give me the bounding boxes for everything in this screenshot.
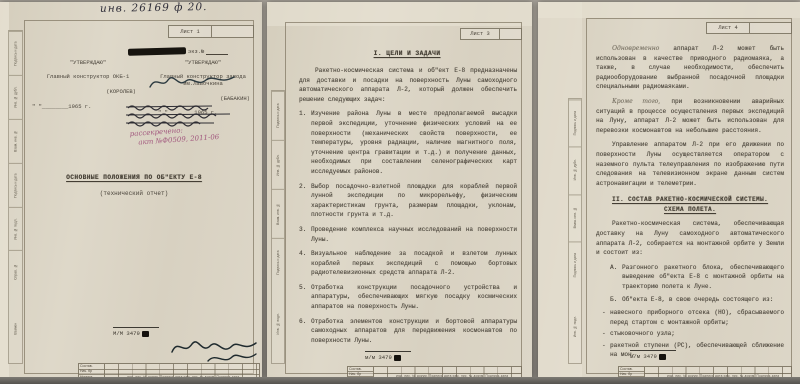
margin-label: Взам. инв. № — [272, 189, 284, 238]
margin-label: Взам. инв. № — [569, 194, 581, 241]
component-bullet: - ракетной ступени (РС), обеспечивающей … — [596, 341, 784, 360]
item-text: Проведение комплекса научных исследовани… — [311, 225, 517, 244]
signature-babakin — [146, 72, 238, 92]
margin-label: Инв. № подл. — [9, 207, 22, 251]
paragraph-1: Одновременно аппарат Л-2 может быть испо… — [596, 44, 784, 92]
intro-paragraph: Ракетно-космическая система и об"ект Е-8… — [299, 66, 517, 104]
item-number: 2. — [299, 182, 311, 220]
margin-label: Инв. № дубл. — [569, 146, 581, 193]
document-title: ОСНОВНЫЕ ПОЛОЖЕНИЯ ПО ОБ"ЕКТУ Е-8 — [36, 174, 232, 181]
margin-label: Подпись и дата — [272, 238, 284, 287]
margin-label: Подпись и дата — [569, 99, 581, 146]
sheet-number-label: Лист 3 — [461, 29, 500, 39]
task-item: 5. Отработка конструкции посадочного уст… — [299, 283, 517, 312]
task-item: 2. Выбор посадочно-взлетной площадки для… — [299, 182, 517, 220]
censor-blackout-small — [142, 331, 149, 337]
document-subtitle: (технический отчет) — [36, 190, 232, 197]
item-text: Отработка конструкции посадочного устрой… — [311, 283, 517, 312]
scanned-documents-canvas: инв. 26169 ф 20. Лист 1 экз.№ "УТВЕРЖДАЮ… — [0, 0, 800, 384]
handwritten-inventory-note: инв. 26169 ф 20. — [100, 1, 208, 15]
component-bullet: - навесного приборного отсека (НО), сбра… — [596, 308, 784, 327]
margin-label: Взамен — [9, 294, 22, 363]
bullet-dash: - — [602, 308, 610, 327]
copy-number-label: экз.№ — [188, 49, 204, 55]
task-item: 6. Отработка элементов конструкции и бор… — [299, 317, 517, 346]
approve-role: Главный конструктор ОКБ-1 — [28, 73, 148, 80]
sheet-corner-underlay — [538, 2, 800, 18]
section-heading-1: I. ЦЕЛИ И ЗАДАЧИ — [327, 50, 487, 57]
margin-label: Подпись и дата — [569, 241, 581, 288]
sheet-number-empty-cell — [500, 29, 521, 39]
title-block: ОСНОВНЫЕ ПОЛОЖЕНИЯ ПО ОБ"ЕКТУ Е-8 (техни… — [36, 174, 232, 197]
form-margin-strip: Подпись и дата Инв. № дубл. Взам. инв. №… — [568, 98, 582, 364]
document-number: м/м 3479 — [365, 354, 401, 361]
sheet-number-box: Лист 3 — [460, 28, 522, 40]
sheet-number-box: Лист 1 — [168, 25, 254, 38]
document-number-text: м/м 3479 — [365, 354, 392, 361]
item-number: 1. — [299, 109, 311, 176]
sheet-number-label: Лист 1 — [169, 26, 212, 37]
approve-name: (КОРОЛЕВ) — [28, 88, 148, 95]
component-bullet: - стыковочного узла; — [596, 329, 784, 339]
item-number: 4. — [299, 249, 311, 278]
item-letter: Б. — [610, 295, 622, 305]
margin-label: Инв. № подл. — [569, 289, 581, 363]
system-item-b: Б. Об"екта Е-8, в свою очередь состоящег… — [596, 295, 784, 305]
bullet-dash: - — [602, 341, 610, 360]
item-text: Об"екта Е-8, в свою очередь состоящего и… — [622, 295, 784, 305]
page2-body: Ракетно-космическая система и об"ект Е-8… — [299, 66, 517, 345]
system-item-a: А. Разгонного ракетного блока, обеспечив… — [596, 263, 784, 292]
sheet-number-empty-cell — [750, 23, 791, 33]
margin-label: Инв. № дубл. — [9, 75, 22, 119]
scanned-page-3: Лист 4 Одновременно аппарат Л-2 может бы… — [538, 2, 800, 379]
scanned-page-2: Лист 3 I. ЦЕЛИ И ЗАДАЧИ Ракетно-космичес… — [267, 2, 532, 379]
section-heading-2: II. СОСТАВ РАКЕТНО-КОСМИЧЕСКОЙ СИСТЕМЫ. … — [596, 196, 784, 213]
paragraph-2: Кроме того, при возникновении аварийных … — [596, 97, 784, 135]
document-number-text: м/м 3479 — [630, 353, 657, 360]
margin-label: Взам. инв. № — [9, 119, 22, 163]
item-number: 6. — [299, 317, 311, 346]
section-heading-2-line1: II. СОСТАВ РАКЕТНО-КОСМИЧЕСКОЙ СИСТЕМЫ. — [596, 196, 784, 203]
item-text: Визуальное наблюдение за посадкой и взле… — [311, 249, 517, 278]
document-number: м/м 3479 — [630, 353, 666, 360]
censor-blackout — [128, 47, 186, 56]
sheet-number-empty-cell — [212, 26, 253, 37]
form-margin-strip: Подпись и дата Инв. № дубл. Взам. инв. №… — [271, 90, 285, 364]
bullet-text: стыковочного узла; — [610, 329, 784, 339]
sheet-number-box: Лист 4 — [706, 22, 792, 34]
item-letter: А. — [610, 263, 622, 292]
approve-quote: "УТВЕРЖДАЮ" — [152, 59, 254, 66]
paragraph-4: Ракетно-космическая система, обеспечиваю… — [596, 219, 784, 257]
margin-label: Инв. № дубл. — [272, 140, 284, 189]
task-item: 1. Изучение района Луны в месте предпола… — [299, 109, 517, 176]
margin-label: Подпись и дата — [9, 163, 22, 207]
item-text: Отработка элементов конструкции и бортов… — [311, 317, 517, 346]
paragraph-3: Управление аппаратом Л-2 при его движени… — [596, 140, 784, 188]
handwritten-correction: Одновременно — [612, 45, 659, 52]
item-text: Выбор посадочно-взлетной площадки для ко… — [311, 182, 517, 220]
bullet-text: навесного приборного отсека (НО), сбрасы… — [610, 308, 784, 327]
document-number-text: М/М 3479 — [113, 330, 140, 337]
margin-label: Подпись и дата — [9, 31, 22, 75]
signature-bottom — [168, 334, 260, 366]
task-item: 4. Визуальное наблюдение за посадкой и в… — [299, 249, 517, 278]
handwritten-correction: Кроме того, — [612, 98, 660, 105]
copy-number-line — [206, 49, 228, 55]
item-text: Изучение района Луны в месте предполагае… — [311, 109, 517, 176]
item-text: Разгонного ракетного блока, обеспечивающ… — [622, 263, 784, 292]
sheet-number-label: Лист 4 — [707, 23, 750, 33]
bullet-dash: - — [602, 329, 610, 339]
document-number: М/М 3479 — [113, 330, 149, 337]
form-margin-strip: Подпись и дата Инв. № дубл. Взам. инв. №… — [8, 30, 23, 364]
margin-label: Инв. № подл. — [272, 286, 284, 363]
scanner-background-strip — [0, 377, 800, 384]
copy-number-row: экз.№ — [128, 48, 228, 55]
approve-name: (БАБАКИН) — [152, 95, 254, 102]
section-heading-2-line2: СХЕМА ПОЛЕТА. — [596, 206, 784, 213]
margin-label: Справ. № — [9, 250, 22, 294]
page3-body: Одновременно аппарат Л-2 может быть испо… — [596, 44, 784, 360]
censor-blackout-small — [659, 354, 666, 360]
item-number: 3. — [299, 225, 311, 244]
scanned-page-1: инв. 26169 ф 20. Лист 1 экз.№ "УТВЕРЖДАЮ… — [0, 2, 262, 379]
task-item: 3. Проведение комплекса научных исследов… — [299, 225, 517, 244]
censor-blackout-small — [394, 355, 401, 361]
item-number: 5. — [299, 283, 311, 312]
approve-quote: "УТВЕРЖДАЮ" — [28, 59, 148, 66]
margin-label: Подпись и дата — [272, 91, 284, 140]
